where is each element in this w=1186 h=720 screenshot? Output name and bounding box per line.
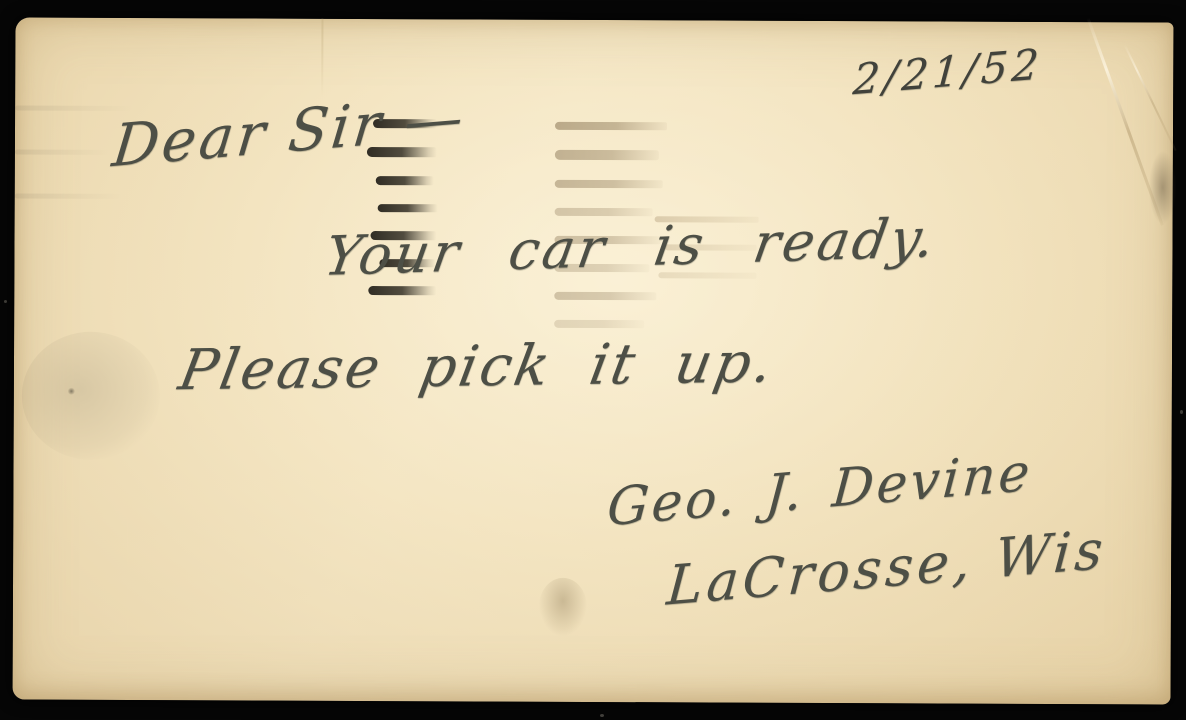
paper-crease <box>321 19 323 97</box>
handwritten-signature-location: LaCrosse, Wis <box>665 518 1109 618</box>
cancel-bar <box>555 180 663 188</box>
postcard: 2/21/52 Dear Sir — Your car is ready. Pl… <box>13 17 1174 704</box>
cancel-bar <box>376 176 434 185</box>
handwritten-message-line-2: Please pick it up. <box>174 330 780 403</box>
edge-smudge <box>1149 150 1177 224</box>
paper-stain <box>539 578 587 636</box>
ink-speck <box>68 388 75 395</box>
dust-speck <box>600 714 604 717</box>
handwritten-date: 2/21/52 <box>851 39 1044 104</box>
edge-scuff <box>15 193 123 198</box>
scan-background: 2/21/52 Dear Sir — Your car is ready. Pl… <box>0 0 1186 720</box>
dust-speck <box>4 300 7 303</box>
cancel-bar <box>554 320 644 328</box>
cancel-bar <box>555 122 667 130</box>
edge-scuff <box>15 105 133 111</box>
dust-speck <box>1180 410 1183 414</box>
ink-smudge <box>22 332 161 461</box>
cancel-bar <box>378 204 438 212</box>
cancel-bar <box>554 292 656 300</box>
handwritten-signature-name: Geo. J. Devine <box>605 442 1034 538</box>
cancel-bar <box>555 150 659 160</box>
edge-scuff <box>15 149 111 154</box>
cancel-bar <box>368 286 436 295</box>
